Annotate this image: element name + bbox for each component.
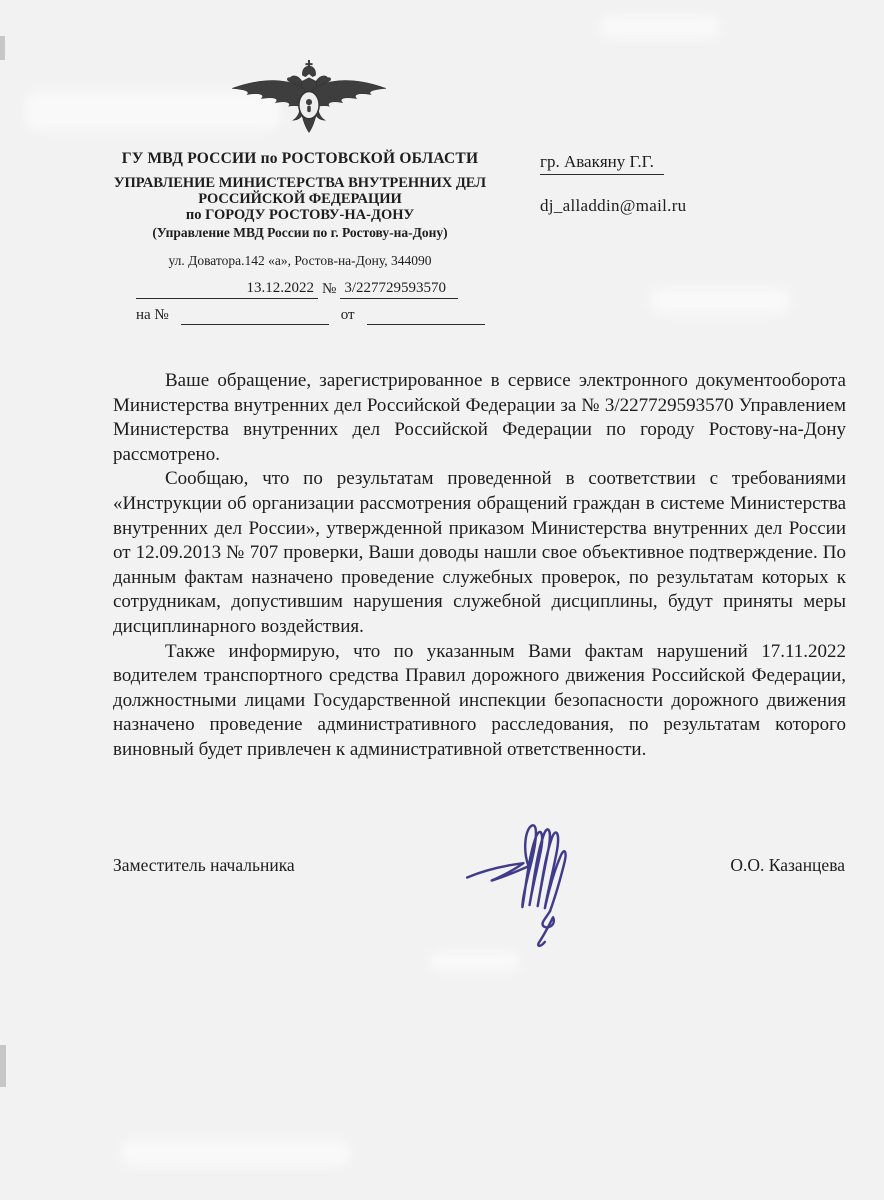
paragraph-1: Ваше обращение, зарегистрированное в сер…: [113, 369, 846, 467]
recipient-block: гр. Авакяну Г.Г. dj_alladdin@mail.ru: [540, 152, 686, 216]
reply-prefix-label: на №: [136, 307, 169, 325]
signer-position-title: Заместитель начальника: [113, 855, 295, 876]
org-address: ул. Доватора.142 «а», Ростов-на-Дону, 34…: [95, 253, 505, 269]
letter-date: 13.12.2022: [136, 280, 318, 299]
reference-block: 13.12.2022 № 3/227729593570 на № от: [136, 280, 488, 325]
scan-edge-mark: [0, 36, 5, 60]
incoming-ref-line: на № от: [136, 307, 488, 325]
scan-artifact: [430, 952, 520, 972]
scan-edge-mark: [0, 1045, 6, 1087]
reply-date-blank: [367, 324, 485, 325]
letter-body: Ваше обращение, зарегистрированное в сер…: [113, 369, 846, 763]
org-name-line2: УПРАВЛЕНИЕ МИНИСТЕРСТВА ВНУТРЕННИХ ДЕЛ: [95, 175, 505, 191]
scanned-letter-page: ГУ МВД РОССИИ по РОСТОВСКОЙ ОБЛАСТИ УПРА…: [0, 0, 884, 1200]
scan-artifact: [650, 288, 790, 314]
paragraph-2: Сообщаю, что по результатам проведенной …: [113, 467, 846, 639]
recipient-name: гр. Авакяну Г.Г.: [540, 152, 664, 175]
org-name-alt: (Управление МВД России по г. Ростову-на-…: [95, 225, 505, 241]
number-sign: №: [318, 281, 340, 299]
reply-from-label: от: [341, 307, 355, 325]
scan-artifact: [600, 16, 720, 38]
recipient-email: dj_alladdin@mail.ru: [540, 196, 686, 216]
org-name-line1: ГУ МВД РОССИИ по РОСТОВСКОЙ ОБЛАСТИ: [95, 150, 505, 168]
org-name-line4: по ГОРОДУ РОСТОВУ-НА-ДОНУ: [95, 207, 505, 223]
letterhead: ГУ МВД РОССИИ по РОСТОВСКОЙ ОБЛАСТИ УПРА…: [95, 150, 505, 269]
signer-name: О.О. Казанцева: [730, 855, 845, 876]
outgoing-ref-line: 13.12.2022 № 3/227729593570: [136, 280, 488, 299]
paragraph-3: Также информирую, что по указанным Вами …: [113, 640, 846, 763]
letter-number: 3/227729593570: [340, 280, 458, 299]
org-name-line3: РОССИЙСКОЙ ФЕДЕРАЦИИ: [95, 191, 505, 207]
mvd-double-headed-eagle-emblem-icon: [228, 56, 390, 138]
handwritten-signature-icon: [464, 810, 592, 948]
reply-number-blank: [181, 324, 329, 325]
scan-artifact: [120, 1140, 350, 1166]
